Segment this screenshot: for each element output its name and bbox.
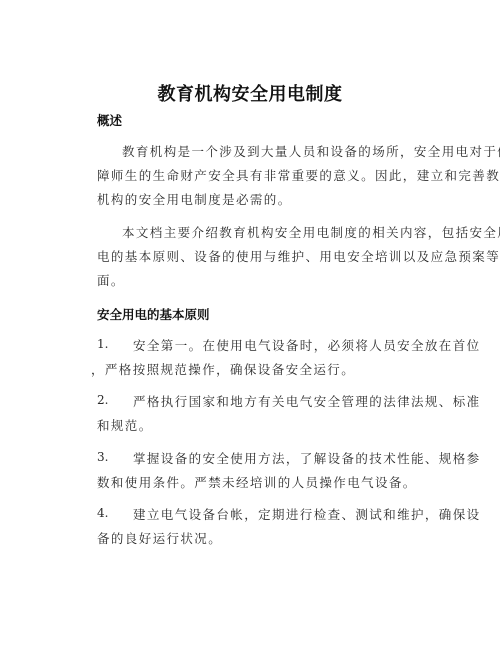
- paragraph-line: 教育机构是一个涉及到大量人员和设备的场所，安全用电对于保: [122, 142, 500, 160]
- list-item-line: 备的良好运行状况。: [97, 529, 222, 547]
- paragraph-line: 面。: [97, 271, 125, 289]
- list-item-number: 1.: [97, 337, 108, 351]
- paragraph-line: 机构的安全用电制度是必需的。: [97, 190, 292, 208]
- list-item-line: 安全第一。在使用电气设备时，必须将人员安全放在首位: [133, 336, 481, 354]
- paragraph-line: 电的基本原则、设备的使用与维护、用电安全培训以及应急预案等方: [97, 247, 500, 265]
- list-item-line: 和规范。: [97, 416, 153, 434]
- list-item-number: 2.: [97, 393, 108, 407]
- list-item-number: 3.: [97, 450, 108, 464]
- document-title: 教育机构安全用电制度: [0, 80, 500, 106]
- paragraph-line: 本文档主要介绍教育机构安全用电制度的相关内容，包括安全用: [122, 223, 500, 241]
- paragraph-line: 障师生的生命财产安全具有非常重要的意义。因此，建立和完善教育: [97, 166, 500, 184]
- section-heading-principles: 安全用电的基本原则: [97, 305, 210, 323]
- list-item-line: 数和使用条件。严禁未经培训的人员操作电气设备。: [97, 473, 417, 491]
- list-item-number: 4.: [97, 506, 108, 520]
- list-item-line: 严格执行国家和地方有关电气安全管理的法律法规、标准: [133, 392, 481, 410]
- section-heading-overview: 概述: [97, 111, 122, 129]
- list-item-line: 建立电气设备台帐，定期进行检查、测试和维护，确保设: [133, 505, 481, 523]
- list-item-line: ，严格按照规范操作，确保设备安全运行。: [91, 360, 355, 378]
- list-item-line: 掌握设备的安全使用方法，了解设备的技术性能、规格参: [133, 449, 481, 467]
- document-page: 教育机构安全用电制度 概述 教育机构是一个涉及到大量人员和设备的场所，安全用电对…: [0, 0, 500, 647]
